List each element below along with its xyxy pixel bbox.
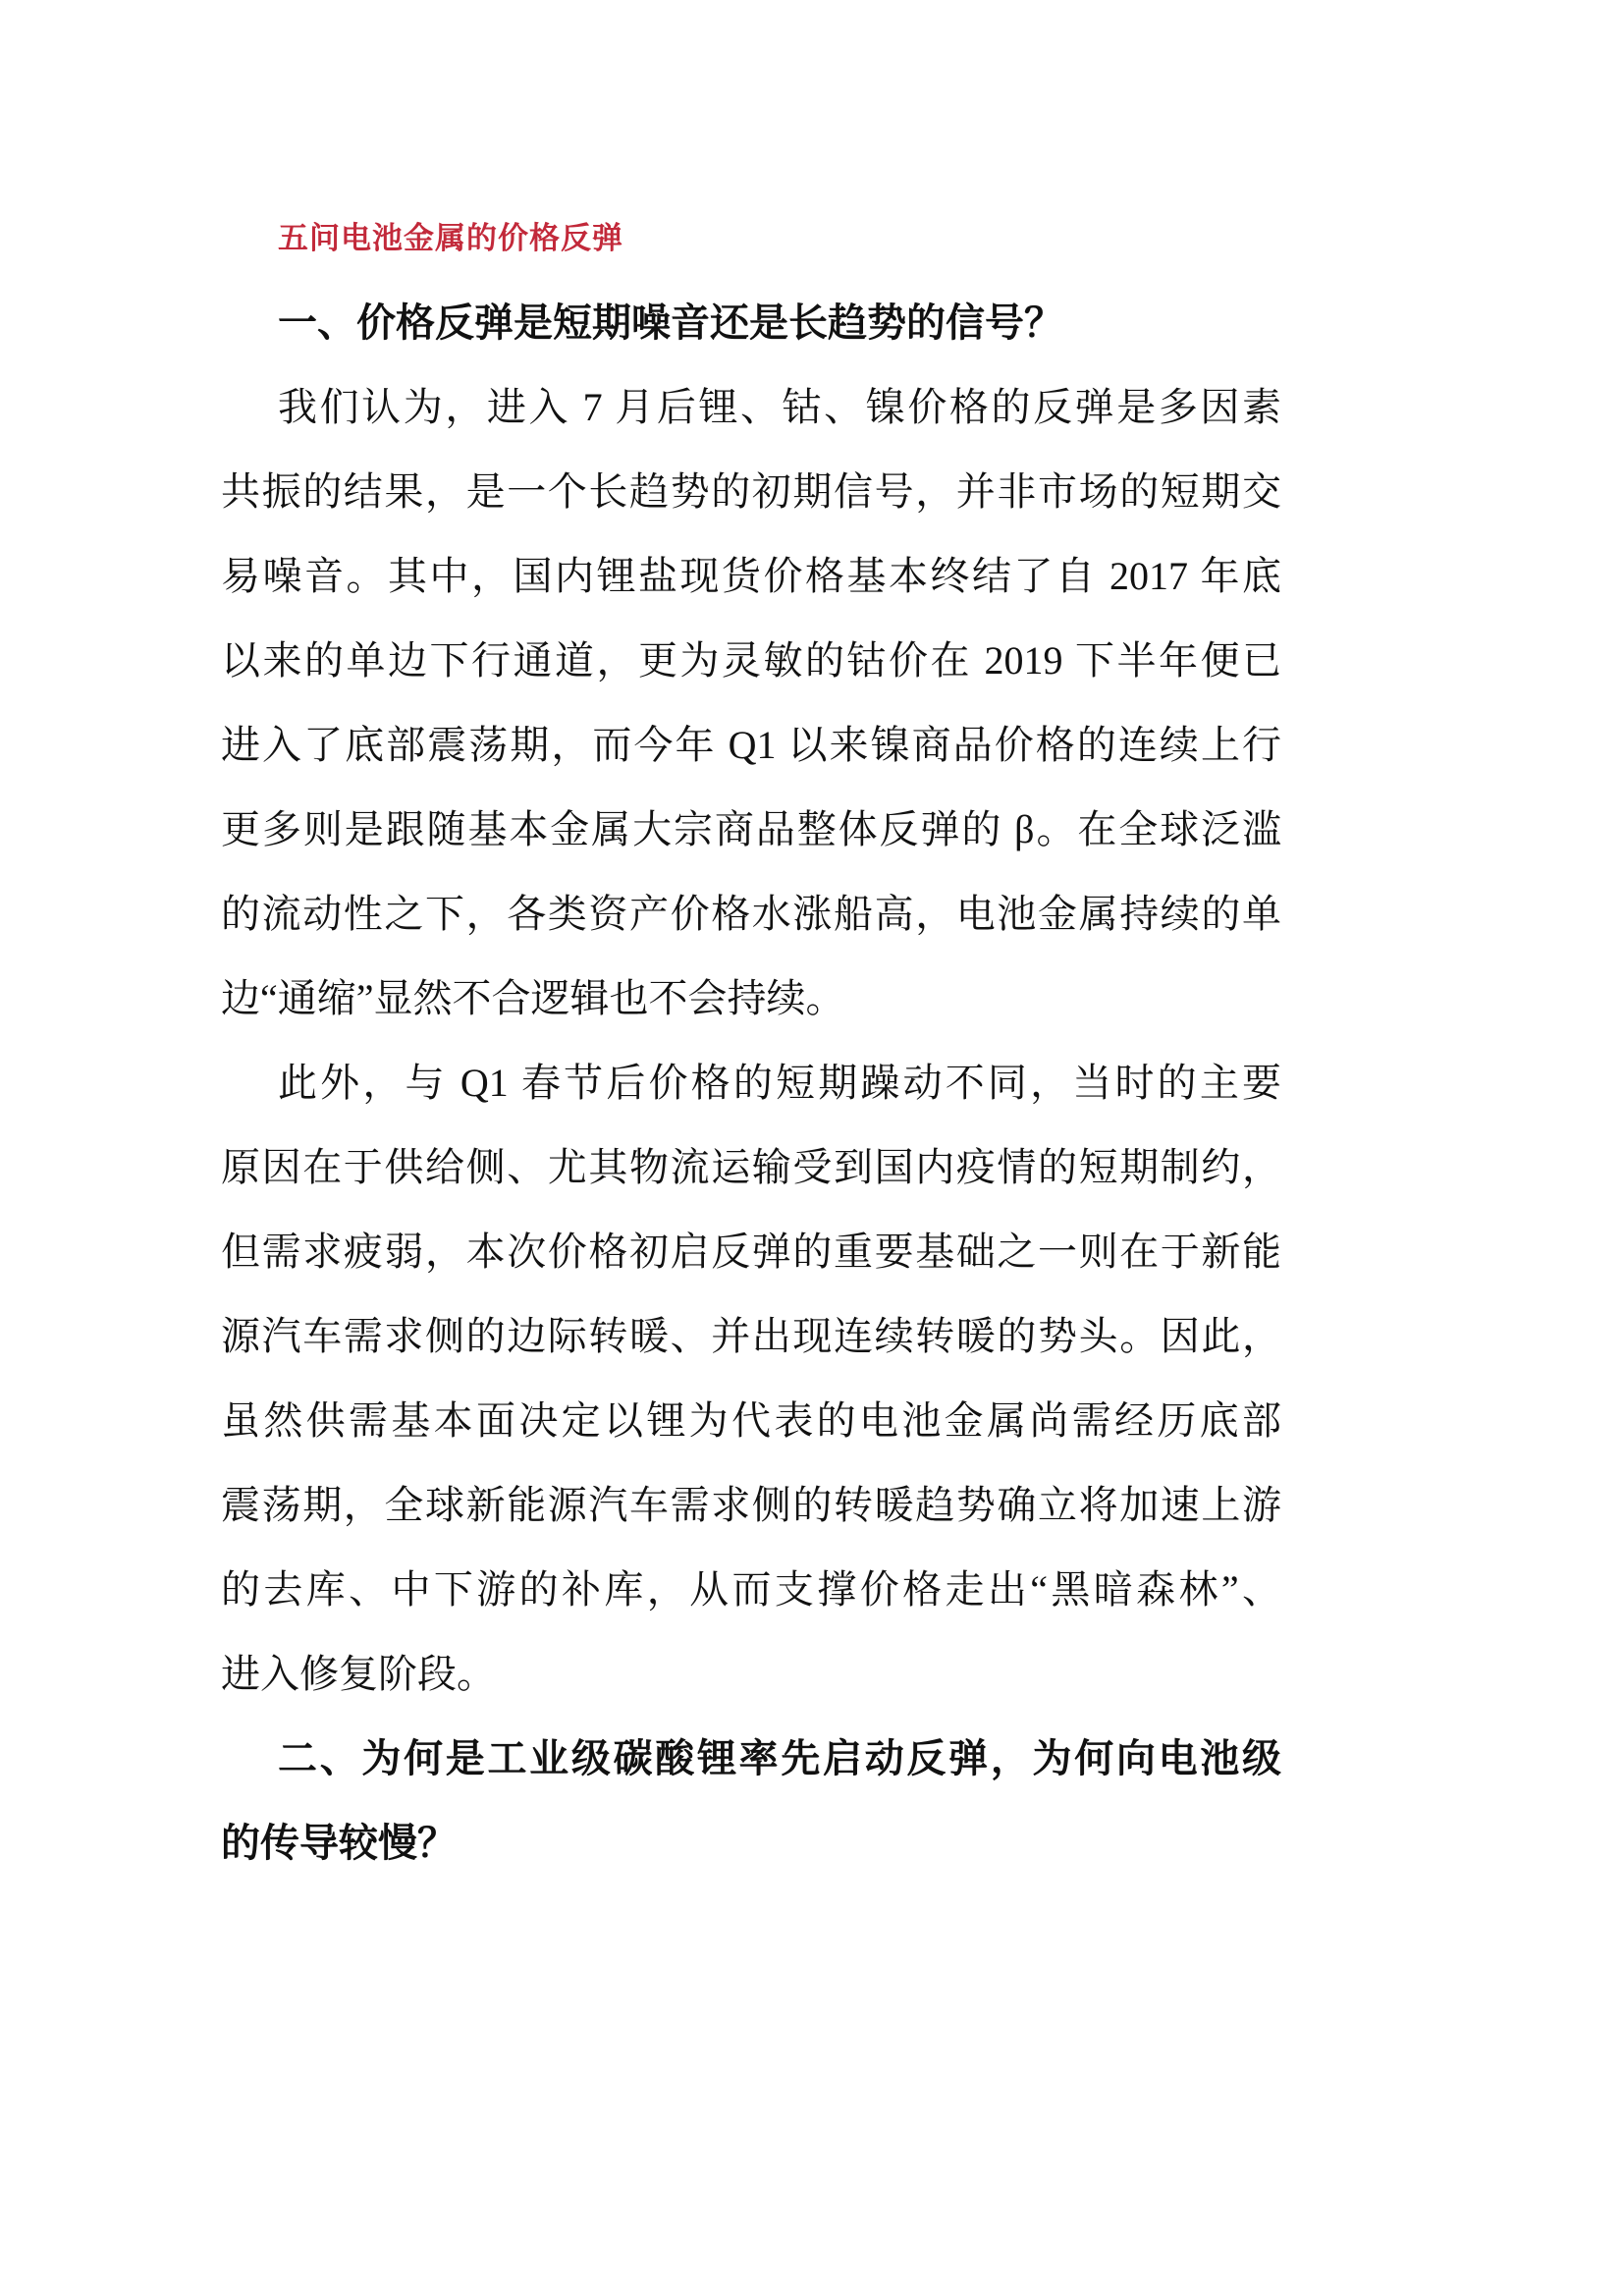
section-1-paragraph-1-line-4: 以来的单边下行通道，更为灵敏的钴价在 2019 下半年便已 [221, 619, 1281, 703]
section-1-heading: 一、价格反弹是短期噪音还是长趋势的信号？ [221, 281, 1281, 365]
section-1-paragraph-2-line-8: 进入修复阶段。 [221, 1632, 1281, 1717]
section-1-paragraph-1-line-5: 进入了底部震荡期，而今年 Q1 以来镍商品价格的连续上行 [221, 703, 1281, 788]
section-1-paragraph-1-line-8: 边“通缩”显然不合逻辑也不会持续。 [221, 957, 1281, 1041]
section-1-paragraph-2-line-1: 此外，与 Q1 春节后价格的短期躁动不同，当时的主要 [221, 1041, 1281, 1125]
section-1-paragraph-1-line-6: 更多则是跟随基本金属大宗商品整体反弹的 β。在全球泛滥 [221, 788, 1281, 872]
section-1-paragraph-2-line-6: 震荡期，全球新能源汽车需求侧的转暖趋势确立将加速上游 [221, 1463, 1281, 1548]
section-1-paragraph-2-line-3: 但需求疲弱，本次价格初启反弹的重要基础之一则在于新能 [221, 1210, 1281, 1294]
section-1-paragraph-2-line-2: 原因在于供给侧、尤其物流运输受到国内疫情的短期制约， [221, 1125, 1281, 1210]
section-1-paragraph-1-line-1: 我们认为，进入 7 月后锂、钴、镍价格的反弹是多因素 [221, 365, 1281, 450]
document-title: 五问电池金属的价格反弹 [221, 196, 1281, 281]
document-content: 五问电池金属的价格反弹 一、价格反弹是短期噪音还是长趋势的信号？ 我们认为，进入… [221, 196, 1281, 1886]
section-1-paragraph-2-line-5: 虽然供需基本面决定以锂为代表的电池金属尚需经历底部 [221, 1379, 1281, 1463]
section-1-paragraph-1-line-3: 易噪音。其中，国内锂盐现货价格基本终结了自 2017 年底 [221, 534, 1281, 619]
section-1-paragraph-1-line-7: 的流动性之下，各类资产价格水涨船高，电池金属持续的单 [221, 872, 1281, 957]
section-1-paragraph-2-line-4: 源汽车需求侧的边际转暖、并出现连续转暖的势头。因此， [221, 1294, 1281, 1379]
section-1-paragraph-1-line-2: 共振的结果，是一个长趋势的初期信号，并非市场的短期交 [221, 450, 1281, 534]
section-2-heading-line-2: 的传导较慢？ [221, 1801, 1281, 1886]
section-2-heading-line-1: 二、为何是工业级碳酸锂率先启动反弹，为何向电池级 [221, 1717, 1281, 1801]
document-page: 五问电池金属的价格反弹 一、价格反弹是短期噪音还是长趋势的信号？ 我们认为，进入… [0, 0, 1623, 2296]
section-1-paragraph-2-line-7: 的去库、中下游的补库，从而支撑价格走出“黑暗森林”、 [221, 1548, 1281, 1632]
